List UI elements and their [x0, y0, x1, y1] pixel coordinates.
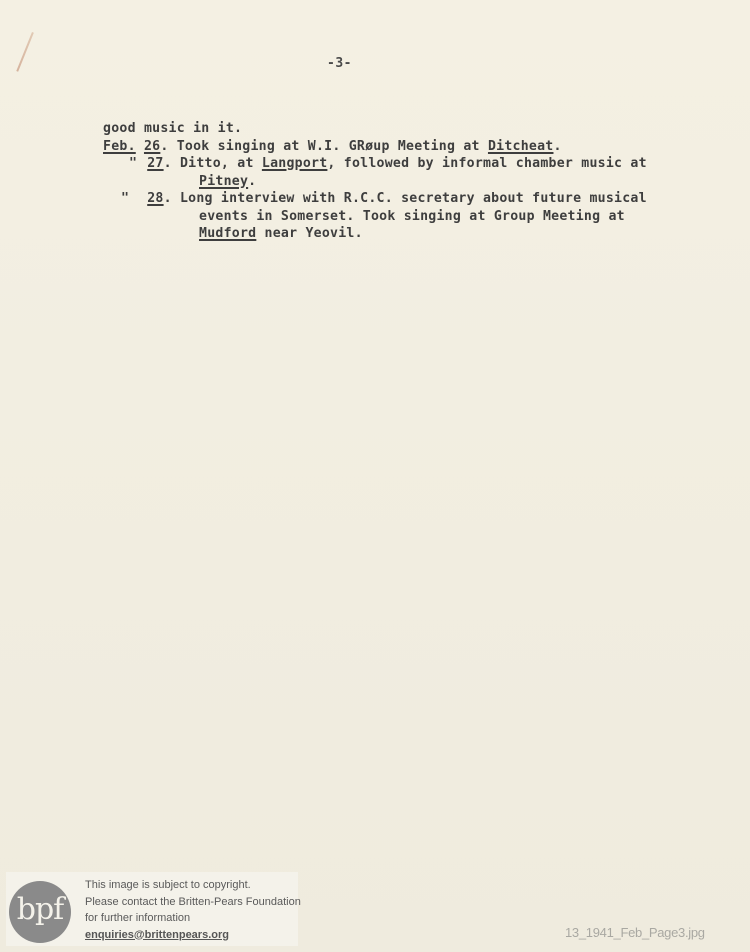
line-text: good music in it. [103, 121, 242, 136]
copyright-line: This image is subject to copyright. [85, 877, 301, 894]
entry-month: Feb. [103, 139, 136, 154]
entry-text: . Ditto, at [164, 156, 262, 171]
entry-day: 28 [129, 191, 163, 206]
entry-feb-26: Feb. 26. Took singing at W.I. GRøup Meet… [103, 138, 743, 156]
text-line: good music in it. [103, 120, 743, 138]
copyright-notice: This image is subject to copyright. Plea… [85, 877, 301, 943]
entry-feb-28-continued: events in Somerset. Took singing at Grou… [103, 208, 743, 226]
entry-text: events in Somerset. Took singing at Grou… [103, 209, 625, 224]
entry-text-continued: , followed by informal chamber music at [327, 156, 646, 171]
place-name: Mudford [103, 226, 256, 241]
entry-text: near Yeovil. [256, 226, 362, 241]
entry-day: 26 [144, 139, 160, 154]
place-name: Ditcheat [488, 139, 554, 154]
entry-text: . Long interview with R.C.C. secretary a… [164, 191, 647, 206]
place-name: Langport [262, 156, 328, 171]
entry-feb-27-continued: Pitney. [103, 173, 743, 191]
place-name: Pitney [103, 174, 248, 189]
info-line: for further information [85, 910, 301, 927]
contact-email-link[interactable]: enquiries@brittenpears.org [85, 927, 301, 944]
entry-feb-28-continued-2: Mudford near Yeovil. [103, 225, 743, 243]
punctuation: . [248, 174, 256, 189]
bpf-logo: bpf [9, 881, 71, 943]
typed-text-body: good music in it. Feb. 26. Took singing … [103, 120, 743, 243]
ditto-mark: " [103, 191, 129, 206]
image-filename: 13_1941_Feb_Page3.jpg [565, 925, 705, 940]
contact-line: Please contact the Britten-Pears Foundat… [85, 894, 301, 911]
entry-feb-27: "27. Ditto, at Langport, followed by inf… [103, 155, 743, 173]
entry-text: . Took singing at W.I. GRøup Meeting at [160, 139, 488, 154]
ditto-mark: " [103, 156, 137, 171]
entry-feb-28: "28. Long interview with R.C.C. secretar… [103, 190, 743, 208]
punctuation: . [553, 139, 561, 154]
page-number: -3- [327, 56, 352, 71]
paper-crease-mark [16, 32, 34, 72]
document-page: -3- good music in it. Feb. 26. Took sing… [0, 0, 750, 952]
entry-day: 27 [137, 156, 163, 171]
